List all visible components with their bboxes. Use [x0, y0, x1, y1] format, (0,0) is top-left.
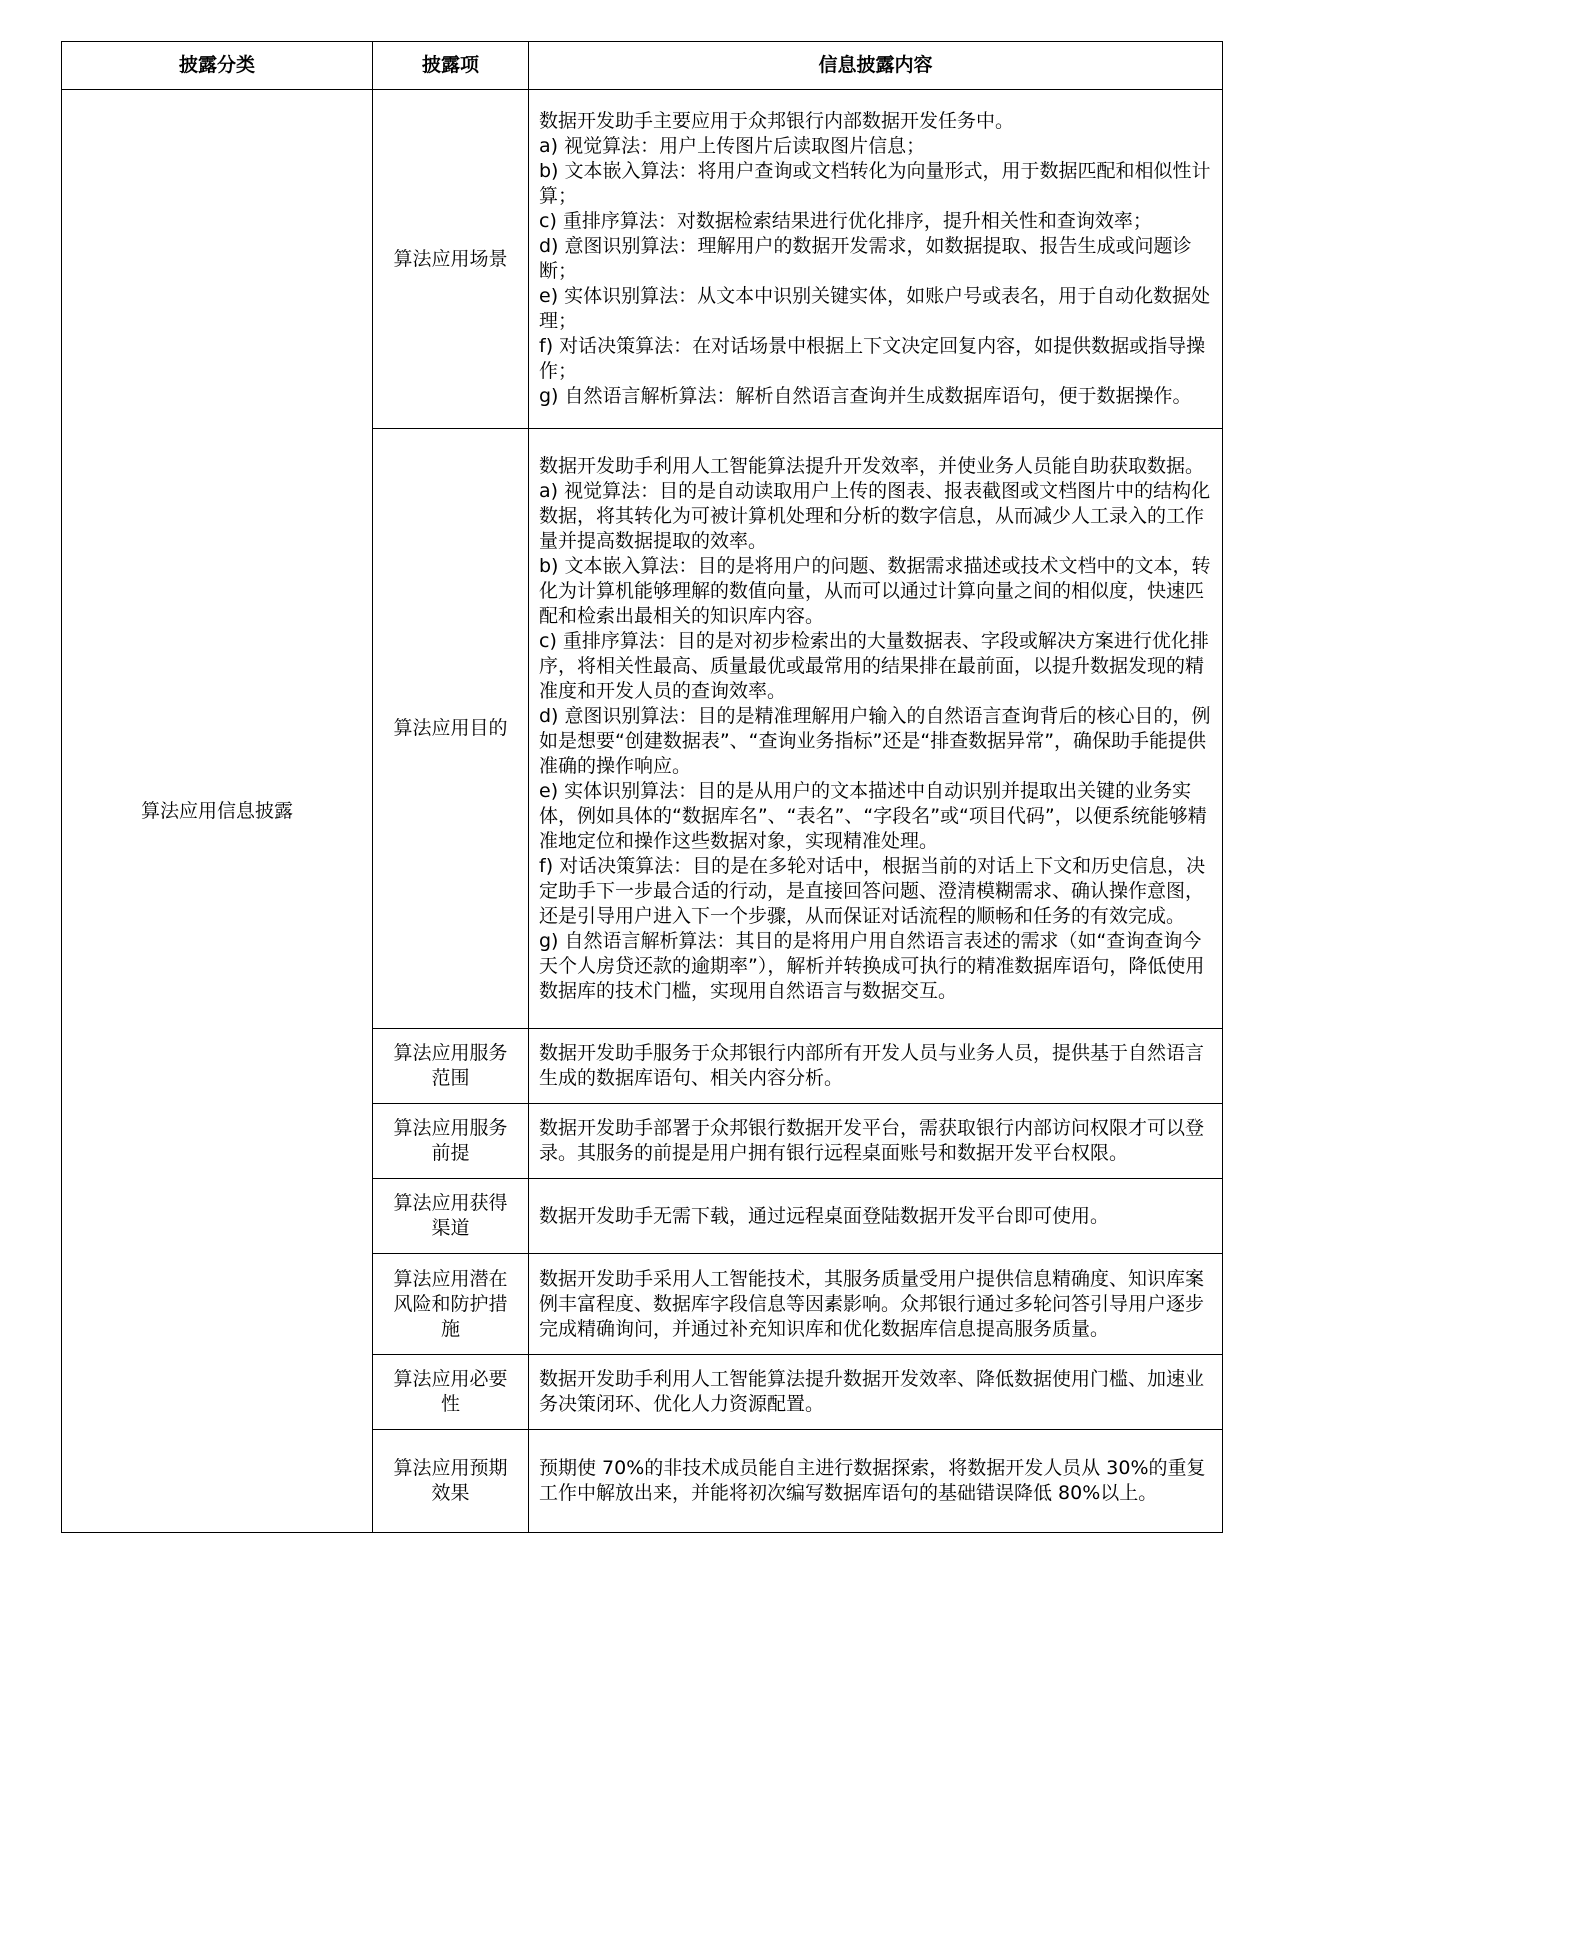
content-line: a) 视觉算法：目的是自动读取用户上传的图表、报表截图或文档图片中的结构化数据，… [539, 479, 1212, 554]
content-service-prerequisite: 数据开发助手部署于众邦银行数据开发平台，需获取银行内部访问权限才可以登录。其服务… [529, 1104, 1223, 1179]
item-service-scope: 算法应用服务范围 [373, 1029, 529, 1104]
content-line: d) 意图识别算法：理解用户的数据开发需求，如数据提取、报告生成或问题诊断； [539, 234, 1212, 284]
content-line: e) 实体识别算法：目的是从用户的文本描述中自动识别并提取出关键的业务实体，例如… [539, 779, 1212, 854]
content-line: 数据开发助手主要应用于众邦银行内部数据开发任务中。 [539, 109, 1212, 134]
content-risks: 数据开发助手采用人工智能技术，其服务质量受用户提供信息精确度、知识库案例丰富程度… [529, 1254, 1223, 1355]
content-line: b) 文本嵌入算法：将用户查询或文档转化为向量形式，用于数据匹配和相似性计算； [539, 159, 1212, 209]
content-line: c) 重排序算法：对数据检索结果进行优化排序，提升相关性和查询效率； [539, 209, 1212, 234]
content-service-scope: 数据开发助手服务于众邦银行内部所有开发人员与业务人员，提供基于自然语言生成的数据… [529, 1029, 1223, 1104]
item-expected-effect: 算法应用预期效果 [373, 1430, 529, 1533]
item-purpose: 算法应用目的 [373, 429, 529, 1029]
content-line: f) 对话决策算法：目的是在多轮对话中，根据当前的对话上下文和历史信息，决定助手… [539, 854, 1212, 929]
content-line: e) 实体识别算法：从文本中识别关键实体，如账户号或表名，用于自动化数据处理； [539, 284, 1212, 334]
content-expected-effect: 预期使 70%的非技术成员能自主进行数据探索，将数据开发人员从 30%的重复工作… [529, 1430, 1223, 1533]
item-necessity: 算法应用必要性 [373, 1355, 529, 1430]
content-line: g) 自然语言解析算法：其目的是将用户用自然语言表述的需求（如“查询查询今天个人… [539, 929, 1212, 1004]
header-row: 披露分类 披露项 信息披露内容 [62, 42, 1223, 90]
content-line: f) 对话决策算法：在对话场景中根据上下文决定回复内容，如提供数据或指导操作； [539, 334, 1212, 384]
content-line: d) 意图识别算法：目的是精准理解用户输入的自然语言查询背后的核心目的，例如是想… [539, 704, 1212, 779]
content-scene: 数据开发助手主要应用于众邦银行内部数据开发任务中。 a) 视觉算法：用户上传图片… [529, 90, 1223, 429]
disclosure-table: 披露分类 披露项 信息披露内容 算法应用信息披露 算法应用场景 数据开发助手主要… [61, 41, 1223, 1533]
header-category: 披露分类 [62, 42, 373, 90]
content-line: c) 重排序算法：目的是对初步检索出的大量数据表、字段或解决方案进行优化排序，将… [539, 629, 1212, 704]
item-service-prerequisite: 算法应用服务前提 [373, 1104, 529, 1179]
content-line: g) 自然语言解析算法：解析自然语言查询并生成数据库语句，便于数据操作。 [539, 384, 1212, 409]
content-line: a) 视觉算法：用户上传图片后读取图片信息； [539, 134, 1212, 159]
item-scene: 算法应用场景 [373, 90, 529, 429]
content-line: b) 文本嵌入算法：目的是将用户的问题、数据需求描述或技术文档中的文本，转化为计… [539, 554, 1212, 629]
header-content: 信息披露内容 [529, 42, 1223, 90]
item-risks: 算法应用潜在风险和防护措施 [373, 1254, 529, 1355]
content-line: 数据开发助手利用人工智能算法提升开发效率，并使业务人员能自助获取数据。 [539, 454, 1212, 479]
header-item: 披露项 [373, 42, 529, 90]
content-necessity: 数据开发助手利用人工智能算法提升数据开发效率、降低数据使用门槛、加速业务决策闭环… [529, 1355, 1223, 1430]
content-purpose: 数据开发助手利用人工智能算法提升开发效率，并使业务人员能自助获取数据。 a) 视… [529, 429, 1223, 1029]
content-access-channel: 数据开发助手无需下载，通过远程桌面登陆数据开发平台即可使用。 [529, 1179, 1223, 1254]
category-cell: 算法应用信息披露 [62, 90, 373, 1533]
item-access-channel: 算法应用获得渠道 [373, 1179, 529, 1254]
table-row-scene: 算法应用信息披露 算法应用场景 数据开发助手主要应用于众邦银行内部数据开发任务中… [62, 90, 1223, 429]
